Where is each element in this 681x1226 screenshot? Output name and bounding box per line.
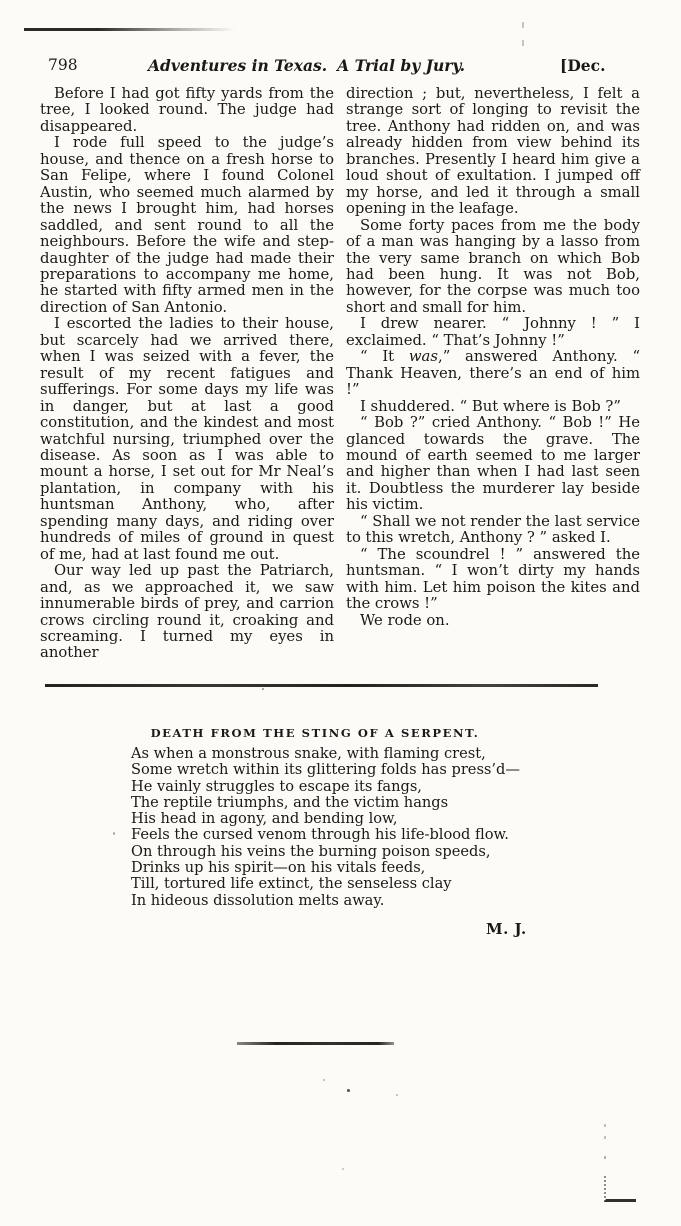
text-run: Some forty paces from me the body of a m…	[346, 217, 640, 316]
text-run: I escorted the ladies to their house, bu…	[40, 315, 334, 562]
paragraph: Some forty paces from me the body of a m…	[346, 218, 640, 317]
poem-line: In hideous dissolution melts away.	[131, 893, 520, 909]
poem-line: As when a monstrous snake, with flaming …	[131, 746, 520, 762]
text-run: “ It	[360, 348, 409, 365]
article-column-right: direction ; but, nevertheless, I felt a …	[346, 86, 640, 662]
top-partial-rule	[24, 28, 236, 31]
page-corner-mark	[604, 1176, 636, 1202]
scan-speck	[347, 1089, 350, 1092]
scan-speck	[522, 40, 524, 46]
text-run: I drew nearer. “ Johnny ! ” I exclaimed.…	[346, 315, 640, 348]
article-body: Before I had got fifty yards from the tr…	[40, 86, 640, 662]
scan-speck	[396, 1094, 398, 1096]
paragraph: “ Shall we not render the last service t…	[346, 514, 640, 547]
scan-speck	[262, 688, 264, 690]
text-run: I rode full speed to the judge’s house, …	[40, 134, 334, 316]
scan-speck	[323, 1079, 325, 1081]
scanned-book-page: 798 Adventures in Texas.A Trial by Jury.…	[0, 0, 681, 1226]
text-run: I shuddered. “ But where is Bob ?”	[360, 398, 621, 415]
running-title-right: A Trial by Jury.	[337, 56, 465, 75]
scan-speck	[604, 1124, 606, 1127]
paragraph: “ The scoundrel ! ” answered the huntsma…	[346, 547, 640, 613]
paragraph: “ Bob ?” cried Anthony. “ Bob !” He glan…	[346, 415, 640, 514]
text-run: Before I had got fifty yards from the tr…	[40, 85, 334, 135]
scan-speck	[604, 1156, 606, 1159]
poem-body: As when a monstrous snake, with flaming …	[131, 746, 520, 909]
article-column-left: Before I had got fifty yards from the tr…	[40, 86, 334, 662]
poem-line: Feels the cursed venom through his life-…	[131, 827, 520, 843]
paragraph: I rode full speed to the judge’s house, …	[40, 135, 334, 316]
poem-line: On through his veins the burning poison …	[131, 844, 520, 860]
footer-rule	[237, 1042, 394, 1045]
paragraph: direction ; but, nevertheless, I felt a …	[346, 86, 640, 218]
text-run: “ Shall we not render the last service t…	[346, 513, 640, 546]
text-run: “ The scoundrel ! ” answered the huntsma…	[346, 546, 640, 612]
poem-line: Till, tortured life extinct, the sensele…	[131, 876, 520, 892]
section-divider-rule	[45, 684, 598, 687]
italic-text: was	[409, 348, 438, 365]
paragraph: I shuddered. “ But where is Bob ?”	[346, 399, 640, 415]
running-title-left: Adventures in Texas.	[148, 56, 327, 75]
page-number: 798	[48, 56, 78, 74]
poem-line: His head in agony, and bending low,	[131, 811, 520, 827]
poem-line: Some wretch within its glittering folds …	[131, 762, 520, 778]
text-run: We rode on.	[360, 612, 450, 629]
scan-speck	[342, 1168, 344, 1170]
poem-line: Drinks up his spirit—on his vitals feeds…	[131, 860, 520, 876]
poem-heading: DEATH FROM THE STING OF A SERPENT.	[100, 726, 530, 740]
text-run: “ Bob ?” cried Anthony. “ Bob !” He glan…	[346, 414, 640, 513]
paragraph: I escorted the ladies to their house, bu…	[40, 316, 334, 563]
poem-line: He vainly struggles to escape its fangs,	[131, 779, 520, 795]
scan-speck	[113, 832, 115, 835]
text-run: Our way led up past the Patriarch, and, …	[40, 562, 334, 661]
text-run: direction ; but, nevertheless, I felt a …	[346, 85, 640, 217]
poem-signature: M. J.	[486, 920, 527, 938]
poem-line: The reptile triumphs, and the victim han…	[131, 795, 520, 811]
scan-speck	[604, 1136, 606, 1139]
issue-month-marker: [Dec.	[560, 56, 605, 75]
paragraph: Our way led up past the Patriarch, and, …	[40, 563, 334, 662]
scan-speck	[522, 22, 524, 28]
running-header: 798 Adventures in Texas.A Trial by Jury.…	[0, 56, 681, 78]
paragraph: “ It was,” answered Anthony. “ Thank Hea…	[346, 349, 640, 398]
paragraph: I drew nearer. “ Johnny ! ” I exclaimed.…	[346, 316, 640, 349]
paragraph: We rode on.	[346, 613, 640, 629]
running-titles: Adventures in Texas.A Trial by Jury.	[148, 56, 465, 75]
paragraph: Before I had got fifty yards from the tr…	[40, 86, 334, 135]
